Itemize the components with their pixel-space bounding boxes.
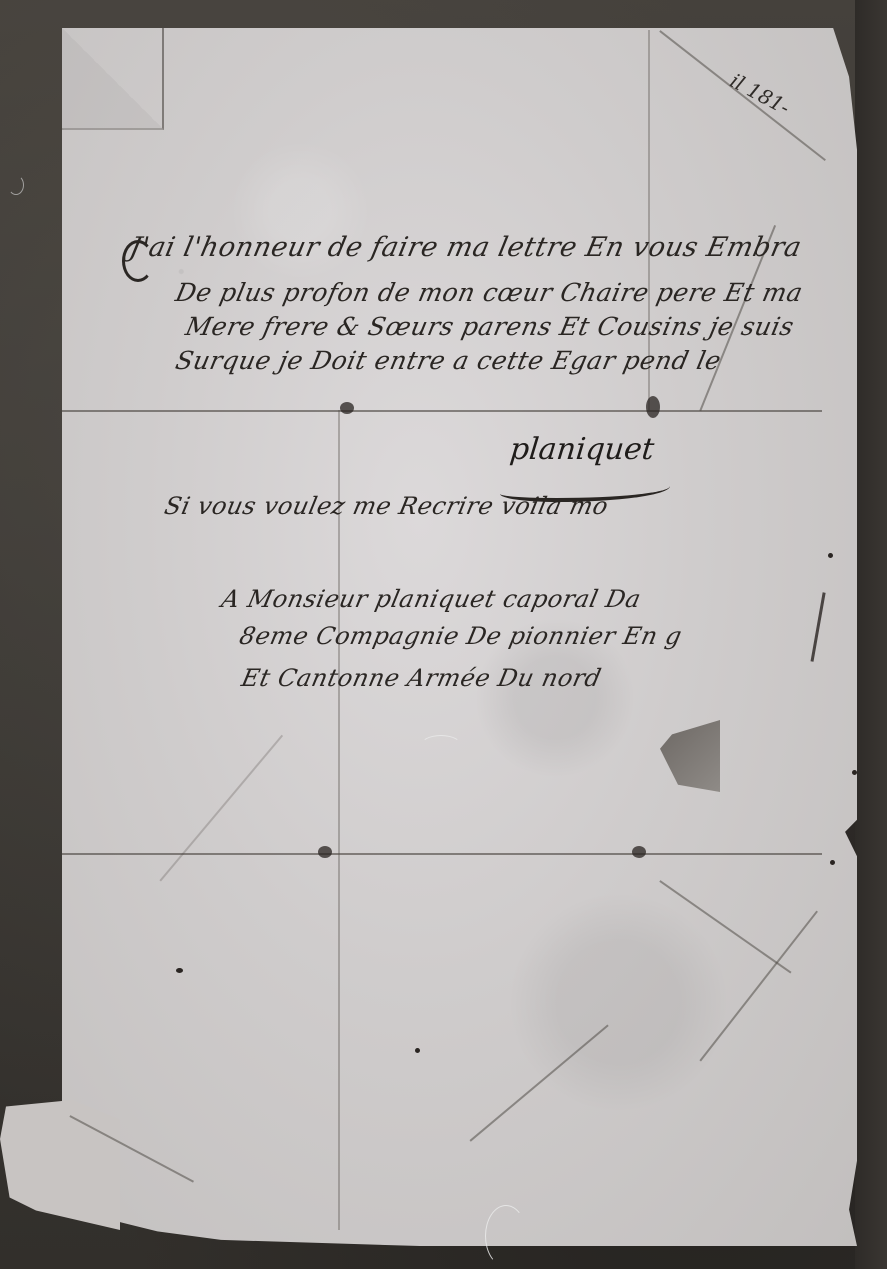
ink-speck: [415, 1048, 420, 1053]
pin-hole: [318, 846, 332, 858]
signature: planiquet: [508, 432, 656, 467]
ink-speck: [830, 860, 835, 865]
body-line-2: De plus profon de mon cœur Chaire pere E…: [173, 278, 806, 307]
hair-artifact: [8, 175, 24, 195]
pin-hole: [340, 402, 354, 414]
postscript-line: Si vous voulez me Recrire voila mo: [162, 492, 611, 520]
folded-corner: [62, 28, 164, 130]
body-line-1: J'ai l'honneur de faire ma lettre En vou…: [127, 232, 805, 263]
dark-border-strip: [855, 0, 887, 1269]
vertical-fold-line: [338, 410, 340, 1230]
address-line-3: Et Cantonne Armée Du nord: [239, 664, 604, 692]
horizontal-fold-line: [62, 853, 822, 855]
body-line-3: Mere frere & Sœurs parens Et Cousins je …: [183, 312, 797, 341]
ink-speck: [852, 770, 857, 775]
ink-speck: [176, 968, 183, 973]
pin-hole: [646, 396, 660, 418]
address-line-1: A Monsieur planiquet caporal Da: [219, 585, 644, 613]
horizontal-fold-line: [62, 410, 822, 412]
body-line-4: Surque je Doit entre a cette Egar pend l…: [173, 346, 724, 375]
address-line-2: 8eme Compagnie De pionnier En g: [237, 622, 685, 650]
pin-hole: [632, 846, 646, 858]
hair-artifact: [485, 1205, 527, 1267]
ink-speck: [828, 553, 833, 558]
hair-artifact: [420, 735, 462, 757]
